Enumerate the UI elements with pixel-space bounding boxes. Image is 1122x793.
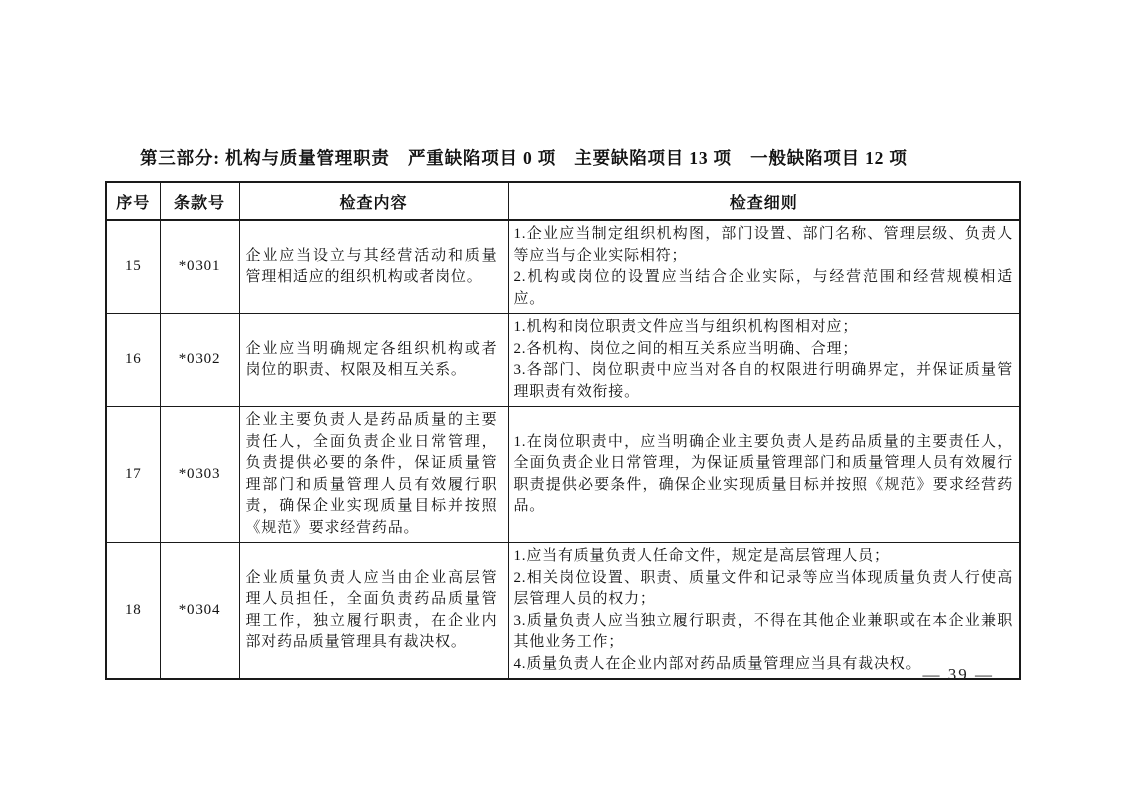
table-row: 18 *0304 企业质量负责人应当由企业高层管理人员担任，全面负责药品质量管理… — [106, 543, 1020, 680]
cell-seq: 18 — [106, 543, 160, 680]
col-header-clause: 条款号 — [160, 182, 239, 220]
col-header-seq: 序号 — [106, 182, 160, 220]
cell-clause: *0303 — [160, 407, 239, 543]
table-row: 17 *0303 企业主要负责人是药品质量的主要责任人，全面负责企业日常管理，负… — [106, 407, 1020, 543]
cell-clause: *0301 — [160, 220, 239, 314]
cell-clause: *0304 — [160, 543, 239, 680]
table-header-row: 序号 条款号 检查内容 检查细则 — [106, 182, 1020, 220]
col-header-details: 检查细则 — [508, 182, 1020, 220]
inspection-table: 序号 条款号 检查内容 检查细则 15 *0301 企业应当设立与其经营活动和质… — [105, 181, 1021, 680]
document-page: 第三部分: 机构与质量管理职责 严重缺陷项目 0 项 主要缺陷项目 13 项 一… — [0, 0, 1122, 793]
cell-details: 1.在岗位职责中，应当明确企业主要负责人是药品质量的主要责任人，全面负责企业日常… — [508, 407, 1020, 543]
cell-content: 企业应当明确规定各组织机构或者岗位的职责、权限及相互关系。 — [239, 314, 508, 407]
cell-seq: 17 — [106, 407, 160, 543]
cell-content: 企业应当设立与其经营活动和质量管理相适应的组织机构或者岗位。 — [239, 220, 508, 314]
table-row: 15 *0301 企业应当设立与其经营活动和质量管理相适应的组织机构或者岗位。 … — [106, 220, 1020, 314]
cell-seq: 15 — [106, 220, 160, 314]
cell-clause: *0302 — [160, 314, 239, 407]
cell-content: 企业主要负责人是药品质量的主要责任人，全面负责企业日常管理，负责提供必要的条件，… — [239, 407, 508, 543]
section-title: 第三部分: 机构与质量管理职责 严重缺陷项目 0 项 主要缺陷项目 13 项 一… — [140, 145, 908, 170]
cell-details: 1.应当有质量负责人任命文件，规定是高层管理人员； 2.相关岗位设置、职责、质量… — [508, 543, 1020, 680]
col-header-content: 检查内容 — [239, 182, 508, 220]
table-row: 16 *0302 企业应当明确规定各组织机构或者岗位的职责、权限及相互关系。 1… — [106, 314, 1020, 407]
cell-content: 企业质量负责人应当由企业高层管理人员担任，全面负责药品质量管理工作，独立履行职责… — [239, 543, 508, 680]
cell-seq: 16 — [106, 314, 160, 407]
cell-details: 1.机构和岗位职责文件应当与组织机构图相对应； 2.各机构、岗位之间的相互关系应… — [508, 314, 1020, 407]
cell-details: 1.企业应当制定组织机构图，部门设置、部门名称、管理层级、负责人等应当与企业实际… — [508, 220, 1020, 314]
page-number: — 39 — — [923, 665, 995, 685]
